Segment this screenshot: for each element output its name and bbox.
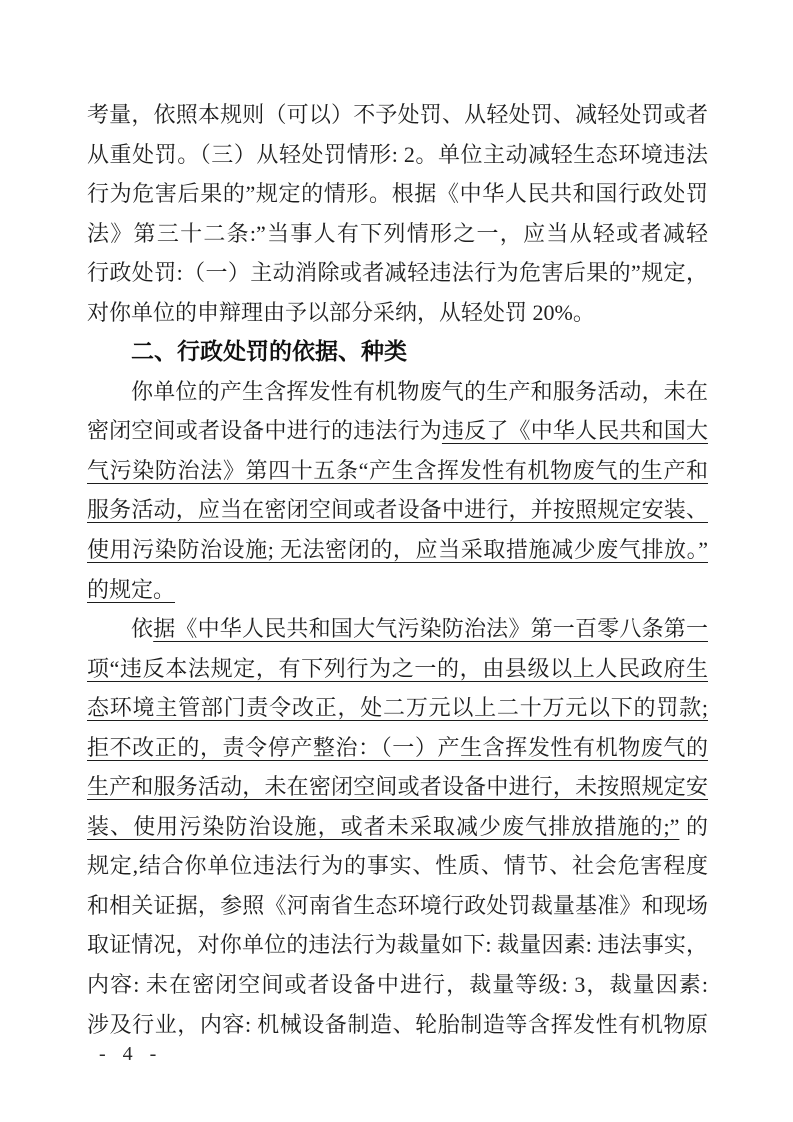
text-line: 考量，依照本规则（可以）不予处罚、从轻处罚、减轻处罚或者 <box>87 95 708 135</box>
underlined-text-segment: 据《中华人民共和国大气污染防治法》第一百零八条第一 <box>153 616 708 641</box>
text-segment: 对你单位的申辩理由予以部分采纳，从轻处罚 20%。 <box>87 300 595 325</box>
document-page: 考量，依照本规则（可以）不予处罚、从轻处罚、减轻处罚或者从重处罚。（三）从轻处罚… <box>0 0 793 1122</box>
text-segment: 涉及行业，内容: 机械设备制造、轮胎制造等含挥发性有机物原 <box>87 1012 708 1037</box>
text-segment: 考量，依照本规则（可以）不予处罚、从轻处罚、减轻处罚或者 <box>87 102 708 127</box>
underlined-text-segment: 装、使用污染防治设施，或者未采取减少废气排放措施的;” <box>87 814 679 839</box>
text-line: 从重处罚。（三）从轻处罚情形: 2。单位主动减轻生态环境违法 <box>87 135 708 175</box>
document-body: 考量，依照本规则（可以）不予处罚、从轻处罚、减轻处罚或者从重处罚。（三）从轻处罚… <box>87 95 708 1044</box>
text-segment: 的 <box>679 814 708 839</box>
text-line: 涉及行业，内容: 机械设备制造、轮胎制造等含挥发性有机物原 <box>87 1005 708 1045</box>
underlined-text-segment: 气污染防治法》第四十五条“产生含挥发性有机物废气的生产和 <box>87 458 708 483</box>
text-line: 取证情况，对你单位的违法行为裁量如下: 裁量因素: 违法事实， <box>87 925 708 965</box>
section-heading: 二、行政处罚的依据、种类 <box>87 332 708 372</box>
text-line: 服务活动，应当在密闭空间或者设备中进行，并按照规定安装、 <box>87 490 708 530</box>
text-segment: 从重处罚。（三）从轻处罚情形: 2。单位主动减轻生态环境违法 <box>87 142 708 167</box>
text-segment: 法》第三十二条:”当事人有下列情形之一，应当从轻或者减轻 <box>87 221 708 246</box>
text-segment: 内容: 未在密闭空间或者设备中进行，裁量等级: 3，裁量因素: <box>87 972 708 997</box>
text-segment: 行为危害后果的”规定的情形。根据《中华人民共和国行政处罚 <box>87 181 708 206</box>
text-segment: 密闭空间或者设备中进行的违法行为 <box>87 418 442 443</box>
text-line: 法》第三十二条:”当事人有下列情形之一，应当从轻或者减轻 <box>87 214 708 254</box>
text-line: 项“违反本法规定，有下列行为之一的，由县级以上人民政府生 <box>87 649 708 689</box>
text-segment: 和相关证据，参照《河南省生态环境行政处罚裁量基准》和现场 <box>87 893 708 918</box>
page-number: - 4 - <box>99 1043 162 1066</box>
underlined-text-segment: 服务活动，应当在密闭空间或者设备中进行，并按照规定安装、 <box>87 497 708 522</box>
text-segment: 你单位的产生含挥发性有机物废气的生产和服务活动，未在 <box>131 379 708 404</box>
text-line: 态环境主管部门责令改正，处二万元以上二十万元以下的罚款; <box>87 688 708 728</box>
text-line: 和相关证据，参照《河南省生态环境行政处罚裁量基准》和现场 <box>87 886 708 926</box>
text-line: 行政处罚:（一）主动消除或者减轻违法行为危害后果的”规定， <box>87 253 708 293</box>
text-segment: 二、行政处罚的依据、种类 <box>131 338 407 364</box>
text-segment: 取证情况，对你单位的违法行为裁量如下: 裁量因素: 违法事实， <box>87 932 708 957</box>
underlined-text-segment: 项“违反本法规定，有下列行为之一的，由县级以上人民政府生 <box>87 656 708 681</box>
text-line: 使用污染防治设施; 无法密闭的，应当采取措施减少废气排放。” <box>87 530 708 570</box>
underlined-text-segment: 态环境主管部门责令改正，处二万元以上二十万元以下的罚款; <box>87 695 708 720</box>
text-line: 拒不改正的，责令停产整治：（一）产生含挥发性有机物废气的 <box>87 728 708 768</box>
text-line: 气污染防治法》第四十五条“产生含挥发性有机物废气的生产和 <box>87 451 708 491</box>
underlined-text-segment: 拒不改正的，责令停产整治：（一）产生含挥发性有机物废气的 <box>87 735 708 760</box>
text-line: 行为危害后果的”规定的情形。根据《中华人民共和国行政处罚 <box>87 174 708 214</box>
underlined-text-segment: 的规定。 <box>87 577 175 602</box>
text-line: 内容: 未在密闭空间或者设备中进行，裁量等级: 3，裁量因素: <box>87 965 708 1005</box>
underlined-text-segment: 使用污染防治设施; 无法密闭的，应当采取措施减少废气排放。” <box>87 537 708 562</box>
text-line: 装、使用污染防治设施，或者未采取减少废气排放措施的;” 的 <box>87 807 708 847</box>
text-line: 你单位的产生含挥发性有机物废气的生产和服务活动，未在 <box>87 372 708 412</box>
text-line: 的规定。 <box>87 570 708 610</box>
text-line: 规定,结合你单位违法行为的事实、性质、情节、社会危害程度 <box>87 846 708 886</box>
text-line: 依据《中华人民共和国大气污染防治法》第一百零八条第一 <box>87 609 708 649</box>
underlined-text-segment: 违反了《中华人民共和国大 <box>442 418 708 443</box>
underlined-text-segment: 生产和服务活动，未在密闭空间或者设备中进行，未按照规定安 <box>87 774 708 799</box>
text-line: 生产和服务活动，未在密闭空间或者设备中进行，未按照规定安 <box>87 767 708 807</box>
text-segment: 行政处罚:（一）主动消除或者减轻违法行为危害后果的”规定， <box>87 260 708 285</box>
text-segment: 规定,结合你单位违法行为的事实、性质、情节、社会危害程度 <box>87 853 708 878</box>
text-line: 密闭空间或者设备中进行的违法行为违反了《中华人民共和国大 <box>87 411 708 451</box>
text-line: 对你单位的申辩理由予以部分采纳，从轻处罚 20%。 <box>87 293 708 333</box>
text-segment: 依 <box>131 616 153 641</box>
